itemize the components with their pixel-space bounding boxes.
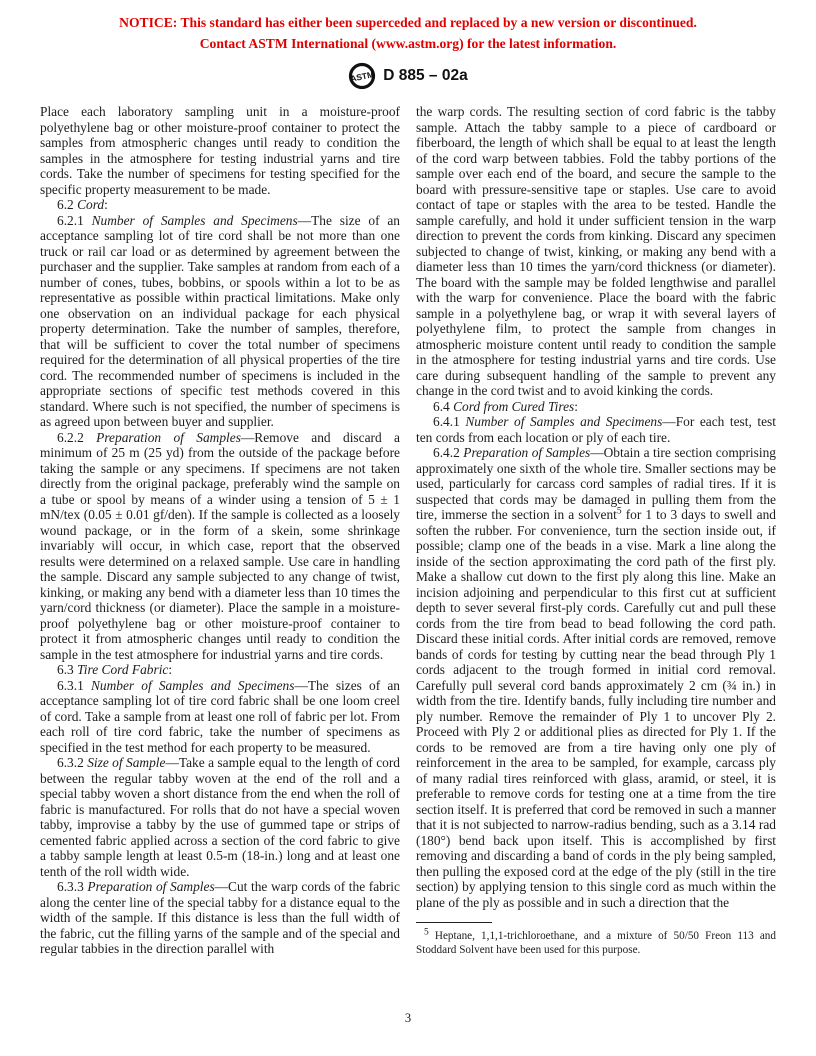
notice-banner: NOTICE: This standard has either been su…	[0, 0, 816, 54]
section-text: —Remove and discard a minimum of 25 m (2…	[40, 430, 400, 662]
astm-logo-icon: ASTM	[348, 62, 376, 90]
para-6-3-2: 6.3.2 Size of Sample—Take a sample equal…	[40, 755, 400, 879]
section-title: Preparation of Samples	[463, 445, 590, 460]
section-text: :	[168, 662, 172, 677]
section-title: Tire Cord Fabric	[77, 662, 168, 677]
section-number: 6.3.2	[57, 755, 87, 770]
section-number: 6.2.2	[57, 430, 96, 445]
para-6-3-1: 6.3.1 Number of Samples and Specimens—Th…	[40, 678, 400, 756]
right-column: the warp cords. The resulting section of…	[416, 104, 776, 958]
section-number: 6.4.2	[433, 445, 463, 460]
para-6-2: 6.2 Cord:	[40, 197, 400, 213]
standard-designation: D 885 – 02a	[383, 67, 467, 85]
para-6-4-1: 6.4.1 Number of Samples and Specimens—Fo…	[416, 414, 776, 445]
page-number: 3	[0, 1011, 816, 1026]
section-title: Preparation of Samples	[87, 879, 214, 894]
section-title: Number of Samples and Specimens	[465, 414, 662, 429]
paragraph-continuation: Place each laboratory sampling unit in a…	[40, 104, 400, 197]
section-number: 6.4.1	[433, 414, 465, 429]
section-number: 6.2	[57, 197, 77, 212]
section-number: 6.2.1	[57, 213, 92, 228]
section-title: Number of Samples and Specimens	[92, 213, 298, 228]
para-6-3-3: 6.3.3 Preparation of Samples—Cut the war…	[40, 879, 400, 957]
section-title: Cord from Cured Tires	[453, 399, 574, 414]
notice-line-2: Contact ASTM International (www.astm.org…	[0, 33, 816, 54]
section-title: Preparation of Samples	[96, 430, 241, 445]
section-title: Size of Sample	[87, 755, 165, 770]
section-title: Cord	[77, 197, 104, 212]
para-6-2-1: 6.2.1 Number of Samples and Specimens—Th…	[40, 213, 400, 430]
paragraph-continuation: the warp cords. The resulting section of…	[416, 104, 776, 399]
left-column: Place each laboratory sampling unit in a…	[40, 104, 400, 958]
section-title: Number of Samples and Specimens	[91, 678, 294, 693]
section-text: for 1 to 3 days to swell and soften the …	[416, 507, 776, 910]
para-6-4: 6.4 Cord from Cured Tires:	[416, 399, 776, 415]
section-number: 6.3	[57, 662, 77, 677]
para-6-3: 6.3 Tire Cord Fabric:	[40, 662, 400, 678]
footnote-rule	[416, 922, 492, 923]
para-6-2-2: 6.2.2 Preparation of Samples—Remove and …	[40, 430, 400, 663]
footnote-text: Heptane, 1,1,1-trichloroethane, and a mi…	[416, 930, 776, 956]
notice-line-1: NOTICE: This standard has either been su…	[0, 12, 816, 33]
section-text: :	[104, 197, 108, 212]
section-text: :	[574, 399, 578, 414]
section-number: 6.3.3	[57, 879, 87, 894]
section-text: —Take a sample equal to the length of co…	[40, 755, 400, 879]
footnote-block: 5 Heptane, 1,1,1-trichloroethane, and a …	[416, 922, 776, 958]
document-page: NOTICE: This standard has either been su…	[0, 0, 816, 1056]
section-number: 6.3.1	[57, 678, 91, 693]
two-column-body: Place each laboratory sampling unit in a…	[0, 91, 816, 958]
document-header: ASTM D 885 – 02a	[0, 61, 816, 91]
para-6-4-2: 6.4.2 Preparation of Samples—Obtain a ti…	[416, 445, 776, 910]
footnote: 5 Heptane, 1,1,1-trichloroethane, and a …	[416, 930, 776, 958]
section-number: 6.4	[433, 399, 453, 414]
section-text: —The size of an acceptance sampling lot …	[40, 213, 400, 430]
